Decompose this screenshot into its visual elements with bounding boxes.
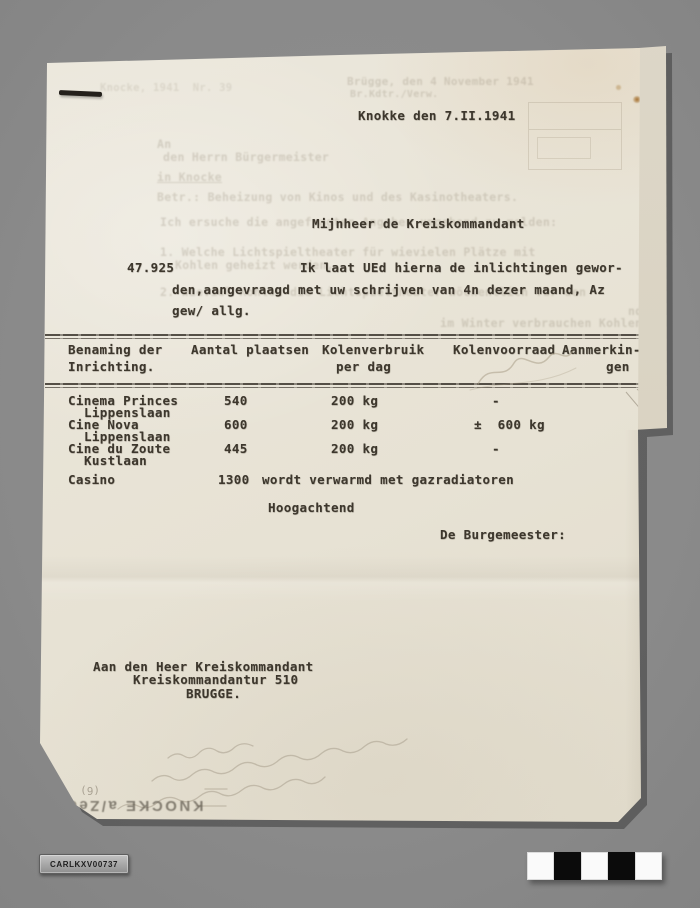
archive-id-label: CARLKXV00737 [50,860,118,869]
archive-id-tag: CARLKXV00737 [39,854,129,874]
knocke-stamp: KNOCKE a/Zee [66,797,204,814]
pencil-annotations: (6) [0,0,700,908]
scale-bar-segment [554,852,581,880]
scale-bar-segment [581,852,608,880]
scale-bar [527,852,662,880]
letter-page: Knocke, 1941 Nr. 39 Brügge, den 4 Novemb… [0,0,700,908]
scale-bar-segment [527,852,554,880]
pencil-number: (6) [80,784,100,797]
scale-bar-segment [608,852,635,880]
archive-scan: Knocke, 1941 Nr. 39 Brügge, den 4 Novemb… [0,0,700,908]
scale-bar-segment [635,852,662,880]
